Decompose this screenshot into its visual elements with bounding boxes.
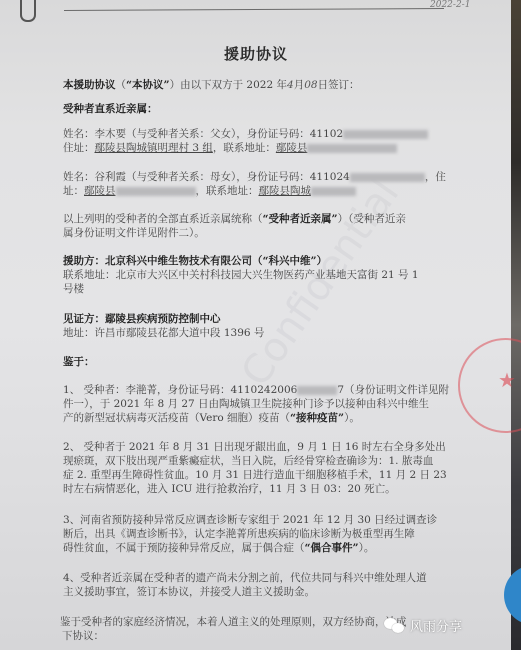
handwritten-month: 4 (287, 79, 294, 91)
clause3-line1: 3、河南省预防接种异常反应调查诊断专家组于 2021 年 12 月 30 日经过… (63, 513, 437, 527)
relatives-heading: 受种者直系近亲属： (63, 102, 158, 116)
watermark-text: 风雨分享 (410, 616, 462, 635)
clause2-line1: 2、 受种者于 2021 年 8 月 31 日出现牙龈出血，9 月 1 日 16… (63, 440, 446, 454)
relatives-summary-line1: 以上列明的受种者的全部直系近亲属统称（“受种者近亲属”）（受种者近亲 (63, 212, 406, 226)
redacted-id (350, 173, 425, 182)
clause2-line2: 现瘀斑，双下肢出现严重紫癜症状，当日入院，后经骨穿检查确诊为：1. 脓毒血 (63, 454, 433, 468)
redacted-address (116, 187, 196, 196)
handwritten-day: 08 (304, 79, 317, 91)
intro-line: 本援助协议（“本协议”）由以下双方于 2022 年4月08日签订： (63, 78, 360, 92)
clause3-line3: 碍性贫血，不属于预防接种异常反应，属于偶合症（“偶合事件”）。 (63, 541, 374, 555)
relative2-line2: 址：鄢陵县，联系地址：鄢陵县陶城 (63, 184, 356, 198)
witness-address: 地址：许昌市鄢陵县花都大道中段 1396 号 (63, 326, 264, 340)
clause3-line2: 断后，出具《调查诊断书》，认定李滟菁所患疾病的临床诊断为极重型再生障 (63, 527, 415, 541)
clause4-line1: 4、受种者近亲属在受种者的遗产尚未分割之前，代位共同与科兴中维处理人道 (63, 571, 427, 585)
redacted-id (343, 130, 428, 139)
relative1-line1: 姓名：李木要（与受种者关系：父女），身份证号码：41102 (63, 127, 428, 141)
wechat-icon (384, 618, 406, 634)
redacted-address (307, 144, 397, 153)
desk-edge (511, 0, 521, 650)
closing-line2: 下协议： (62, 629, 104, 643)
redacted-contact (311, 187, 356, 196)
seal-star-icon: ★ (498, 368, 516, 392)
aid-party-address2: 号楼 (63, 282, 84, 296)
redacted-id (297, 386, 337, 395)
clause4-line2: 主义援助事宜，签订本协议，并接受人道主义援助金。 (63, 585, 315, 599)
aid-party-address1: 联系地址：北京市大兴区中关村科技园大兴生物医药产业基地天富街 21 号 1 (63, 268, 419, 282)
aid-party-line: 援助方：北京科兴中维生物技术有限公司（“科兴中维”） (63, 254, 327, 268)
clause2-line3: 症 2. 重型再生障碍性贫血。10 月 31 日进行造血干细胞移植手术，11 月… (63, 468, 447, 482)
relative1-line2: 住址：鄢陵县陶城镇明理村 3 组，联系地址：鄢陵县 (63, 141, 397, 155)
paperclip-icon (20, 0, 36, 22)
closing-line1: 鉴于受种者的家庭经济情况，本着人道主义的处理原则，双方经协商，达成 (60, 615, 407, 629)
clause1-line1: 1、 受种者：李滟菁，身份证号码：41102420067（身份证明文件详见附 (63, 383, 449, 397)
clause1-line3: 产的新型冠状病毒灭活疫苗（Vero 细胞）疫苗（“接种疫苗”）。 (63, 411, 360, 425)
whereas-heading: 鉴于： (63, 355, 95, 369)
relatives-summary-line2: 属身份证明文件详见附件二）。 (63, 226, 205, 240)
document-title: 援助协议 (0, 43, 512, 64)
relative2-line1: 姓名：谷利霞（与受种者关系：母女），身份证号码：411024，住 (63, 170, 446, 184)
witness-line: 见证方：鄢陵县疾病预防控制中心 (63, 312, 221, 326)
clause2-line4: 时左右病情恶化，进入 ICU 进行抢救治疗，11 月 3 日 03：20 死亡。 (63, 482, 396, 496)
wechat-watermark: 风雨分享 (384, 616, 462, 635)
handwritten-note: 2022-2-1 (430, 0, 470, 10)
clause1-line2: 件一），于 2021 年 8 月 27 日由陶城镇卫生院接种门诊予以接种由科兴中… (63, 397, 429, 411)
